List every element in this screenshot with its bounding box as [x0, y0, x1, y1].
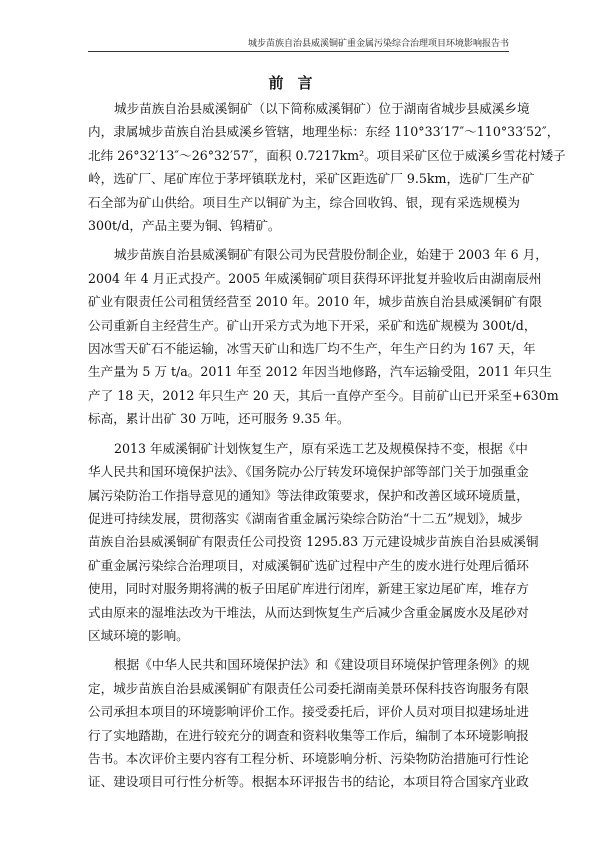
text-line: 促进可持续发展，贯彻落实《湖南省重金属污染综合防治“十二五”规划》，城步: [88, 507, 520, 530]
text-line: 根据《中华人民共和国环境保护法》和《建设项目环境保护管理条例》的规: [88, 653, 520, 676]
paragraph-4: 根据《中华人民共和国环境保护法》和《建设项目环境保护管理条例》的规 定，城步苗族…: [88, 653, 520, 793]
text-line: 2004 年 4 月正式投产。2005 年威溪铜矿项目获得环评批复并验收后由湖南…: [88, 267, 520, 290]
text-line: 告书。本次评价主要内容有工程分析、环境影响分析、污染物防治措施可行性论: [88, 747, 520, 770]
text-line: 石全部为矿山供给。项目生产以铜矿为主，综合回收钨、银，现有采选规模为: [88, 191, 520, 214]
text-line: 标高，累计出矿 30 万吨，还可服务 9.35 年。: [88, 407, 520, 430]
text-line: 行了实地踏勘，在进行较充分的调查和资料收集等工作后，编制了本环境影响报: [88, 724, 520, 747]
text-line: 北纬 26°32′13″～26°32′57″，面积 0.7217km²。项目采矿…: [88, 144, 520, 167]
text-line: 公司重新自主经营生产。矿山开采方式为地下开采，采矿和选矿规模为 300t/d，: [88, 314, 520, 337]
text-line: 公司承担本项目的环境影响评价工作。接受委托后，评价人员对项目拟建场址进: [88, 700, 520, 723]
text-line: 华人民共和国环境保护法》、《国务院办公厅转发环境保护部等部门关于加强重金: [88, 460, 520, 483]
text-line: 城步苗族自治县威溪铜矿有限公司为民营股份制企业，始建于 2003 年 6 月，: [88, 243, 520, 266]
text-line: 内，隶属城步苗族自治县威溪乡管辖，地理坐标：东经 110°33′17″～110°…: [88, 120, 520, 143]
page-number: - 1 -: [491, 781, 510, 792]
text-line: 使用，同时对服务期将满的板子田尾矿库进行闭库，新建王家边尾矿库，堆存方: [88, 577, 520, 600]
paragraph-2: 城步苗族自治县威溪铜矿有限公司为民营股份制企业，始建于 2003 年 6 月， …: [88, 243, 520, 430]
text-line: 区域环境的影响。: [88, 624, 520, 647]
text-line: 矿业有限责任公司租赁经营至 2010 年。2010 年，城步苗族自治县威溪铜矿有…: [88, 290, 520, 313]
text-line: 300t/d，产品主要为铜、钨精矿。: [88, 214, 520, 237]
text-line: 城步苗族自治县威溪铜矿（以下简称威溪铜矿）位于湖南省城步县威溪乡境: [88, 97, 520, 120]
text-line: 式由原来的湿堆法改为干堆法，从而达到恢复生产后减少含重金属废水及尾砂对: [88, 601, 520, 624]
section-title: 前言: [0, 72, 595, 93]
text-line: 证、建设项目可行性分析等。根据本环评报告书的结论，本项目符合国家产业政: [88, 770, 520, 793]
text-line: 苗族自治县威溪铜矿有限责任公司投资 1295.83 万元建设城步苗族自治县威溪铜: [88, 530, 520, 553]
text-line: 定，城步苗族自治县威溪铜矿有限责任公司委托湖南美景环保科技咨询服务有限: [88, 677, 520, 700]
paragraph-1: 城步苗族自治县威溪铜矿（以下简称威溪铜矿）位于湖南省城步县威溪乡境 内，隶属城步…: [88, 97, 520, 237]
text-line: 因冰雪天矿石不能运输，冰雪天矿山和选厂均不生产，年生产日约为 167 天，年: [88, 337, 520, 360]
running-header: 城步苗族自治县威溪铜矿重金属污染综合治理项目环境影响报告书: [88, 38, 509, 52]
text-line: 岭，选矿厂、尾矿库位于茅坪镇联龙村，采矿区距选矿厂 9.5km，选矿厂生产矿: [88, 167, 520, 190]
text-line: 产了 18 天，2012 年只生产 20 天，其后一直停产至今。目前矿山已开采至…: [88, 384, 520, 407]
document-body: 城步苗族自治县威溪铜矿（以下简称威溪铜矿）位于湖南省城步县威溪乡境 内，隶属城步…: [88, 97, 520, 800]
text-line: 矿重金属污染综合治理项目，对威溪铜矿选矿过程中产生的废水进行处理后循环: [88, 554, 520, 577]
text-line: 属污染防治工作指导意见的通知》等法律政策要求，保护和改善区域环境质量，: [88, 484, 520, 507]
text-line: 生产量为 5 万 t/a。2011 年至 2012 年因当地修路，汽车运输受阻，…: [88, 360, 520, 383]
text-line: 2013 年威溪铜矿计划恢复生产，原有采选工艺及规模保持不变，根据《中: [88, 437, 520, 460]
paragraph-3: 2013 年威溪铜矿计划恢复生产，原有采选工艺及规模保持不变，根据《中 华人民共…: [88, 437, 520, 648]
